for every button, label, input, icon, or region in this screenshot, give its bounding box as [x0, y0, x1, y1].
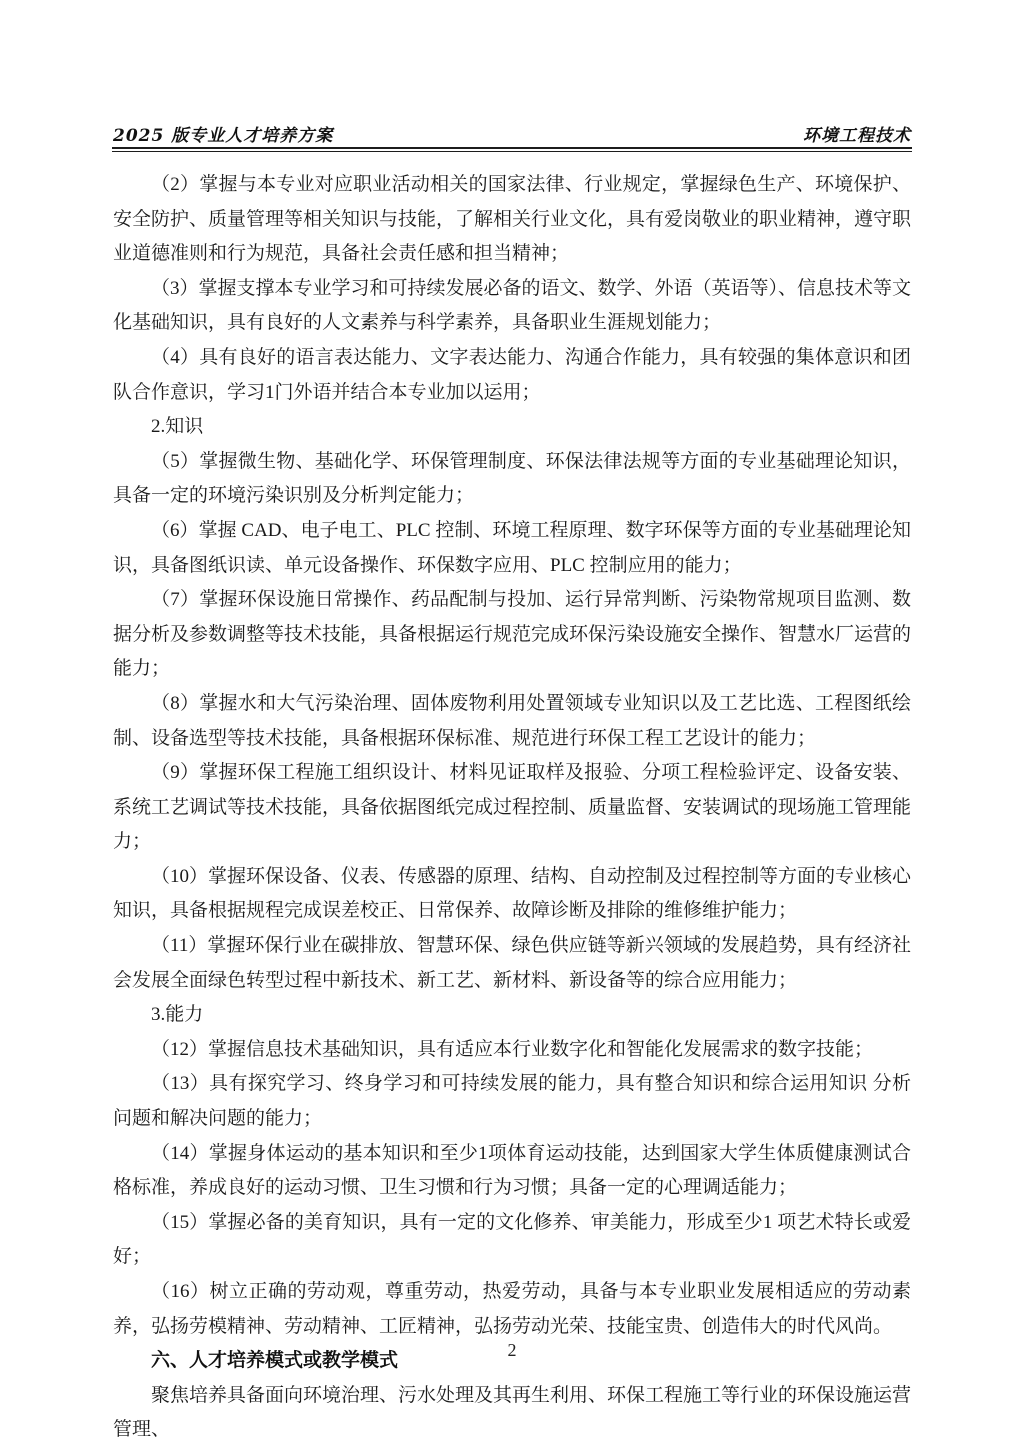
paragraph: （12）掌握信息技术基础知识，具有适应本行业数字化和智能化发展需求的数字技能；	[113, 1033, 911, 1068]
paragraph: （6）掌握 CAD、电子电工、PLC 控制、环境工程原理、数字环保等方面的专业基…	[113, 514, 911, 583]
paragraph: （9）掌握环保工程施工组织设计、材料见证取样及报验、分项工程检验评定、设备安装、…	[113, 756, 911, 860]
running-header: 2025 版专业人才培养方案 环境工程技术	[113, 121, 911, 146]
paragraph: （10）掌握环保设备、仪表、传感器的原理、结构、自动控制及过程控制等方面的专业核…	[113, 860, 911, 929]
page-footer: 2	[0, 1340, 1024, 1361]
header-double-rule	[112, 147, 912, 152]
section-subhead: 2.知识	[113, 410, 911, 445]
paragraph: （3）掌握支撑本专业学习和可持续发展必备的语文、数学、外语（英语等）、信息技术等…	[113, 272, 911, 341]
paragraph: （16）树立正确的劳动观，尊重劳动，热爱劳动，具备与本专业职业发展相适应的劳动素…	[113, 1275, 911, 1344]
paragraph: （2）掌握与本专业对应职业活动相关的国家法律、行业规定，掌握绿色生产、环境保护、…	[113, 168, 911, 272]
paragraph: （7）掌握环保设施日常操作、药品配制与投加、运行异常判断、污染物常规项目监测、数…	[113, 583, 911, 687]
header-right-title: 环境工程技术	[803, 121, 911, 146]
paragraph: （4）具有良好的语言表达能力、文字表达能力、沟通合作能力，具有较强的集体意识和团…	[113, 341, 911, 410]
paragraph: 聚焦培养具备面向环境治理、污水处理及其再生利用、环保工程施工等行业的环保设施运营…	[113, 1379, 911, 1448]
paragraph: （8）掌握水和大气污染治理、固体废物利用处置领域专业知识以及工艺比选、工程图纸绘…	[113, 687, 911, 756]
paragraph: （14）掌握身体运动的基本知识和至少1项体育运动技能，达到国家大学生体质健康测试…	[113, 1137, 911, 1206]
header-left-title: 2025 版专业人才培养方案	[113, 121, 333, 146]
paragraph: （13）具有探究学习、终身学习和可持续发展的能力，具有整合知识和综合运用知识 分…	[113, 1067, 911, 1136]
paragraph: （11）掌握环保行业在碳排放、智慧环保、绿色供应链等新兴领域的发展趋势，具有经济…	[113, 929, 911, 998]
paragraph: （15）掌握必备的美育知识，具有一定的文化修养、审美能力，形成至少1 项艺术特长…	[113, 1206, 911, 1275]
page-number: 2	[508, 1340, 517, 1360]
section-subhead: 3.能力	[113, 998, 911, 1033]
document-page: 2025 版专业人才培养方案 环境工程技术 （2）掌握与本专业对应职业活动相关的…	[0, 0, 1024, 1448]
document-body: （2）掌握与本专业对应职业活动相关的国家法律、行业规定，掌握绿色生产、环境保护、…	[113, 168, 911, 1448]
paragraph: （5）掌握微生物、基础化学、环保管理制度、环保法律法规等方面的专业基础理论知识，…	[113, 445, 911, 514]
